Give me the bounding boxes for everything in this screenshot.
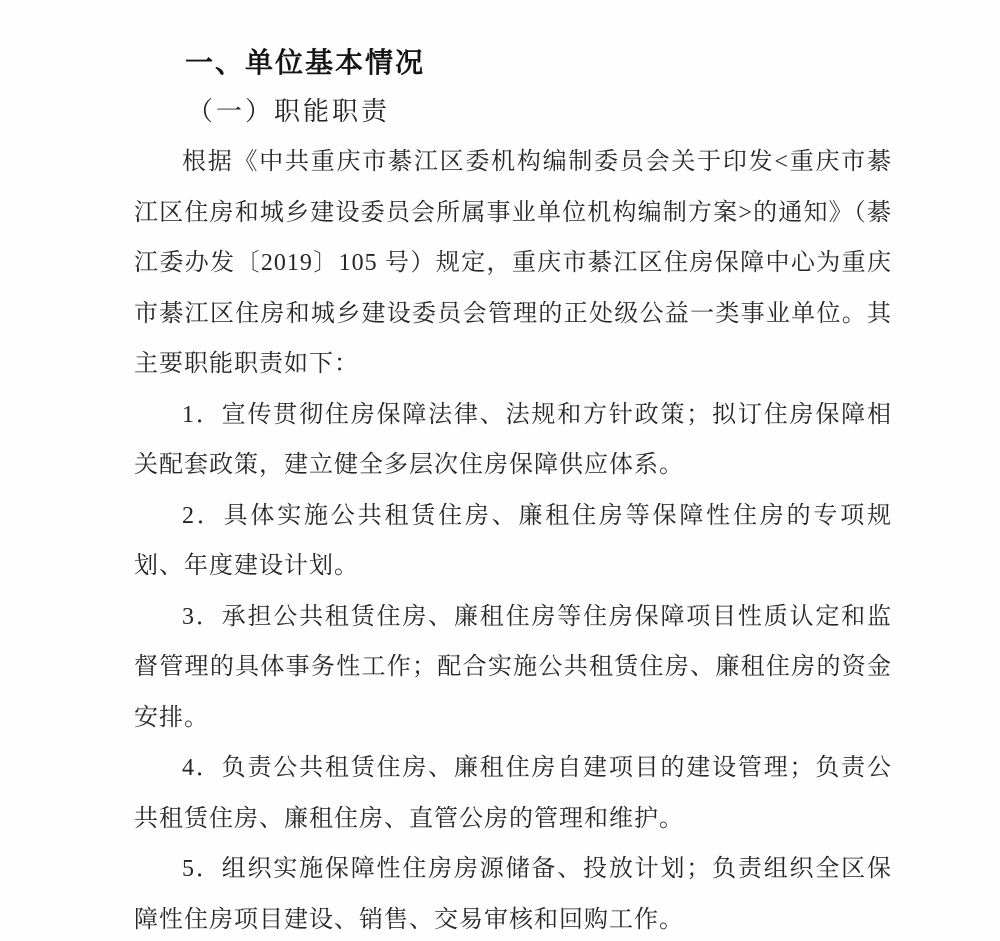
duty-item-1: 1．宣传贯彻住房保障法律、法规和方针政策；拟订住房保障相关配套政策，建立健全多层… — [134, 390, 892, 491]
intro-paragraph: 根据《中共重庆市綦江区委机构编制委员会关于印发<重庆市綦江区住房和城乡建设委员会… — [134, 137, 892, 390]
duty-item-5: 5．组织实施保障性住房房源储备、投放计划；负责组织全区保障性住房项目建设、销售、… — [134, 844, 892, 941]
subsection-heading: （一）职能职责 — [187, 95, 892, 129]
duty-item-2: 2．具体实施公共租赁住房、廉租住房等保障性住房的专项规划、年度建设计划。 — [134, 491, 892, 592]
document-page: 一、单位基本情况 （一）职能职责 根据《中共重庆市綦江区委机构编制委员会关于印发… — [0, 0, 1000, 941]
body-text: 根据《中共重庆市綦江区委机构编制委员会关于印发<重庆市綦江区住房和城乡建设委员会… — [134, 137, 892, 941]
duty-item-3: 3．承担公共租赁住房、廉租住房等住房保障项目性质认定和监督管理的具体事务性工作；… — [134, 592, 892, 744]
duty-item-4: 4．负责公共租赁住房、廉租住房自建项目的建设管理；负责公共租赁住房、廉租住房、直… — [134, 743, 892, 844]
section-heading: 一、单位基本情况 — [185, 46, 892, 80]
document-content: 一、单位基本情况 （一）职能职责 根据《中共重庆市綦江区委机构编制委员会关于印发… — [134, 0, 892, 941]
